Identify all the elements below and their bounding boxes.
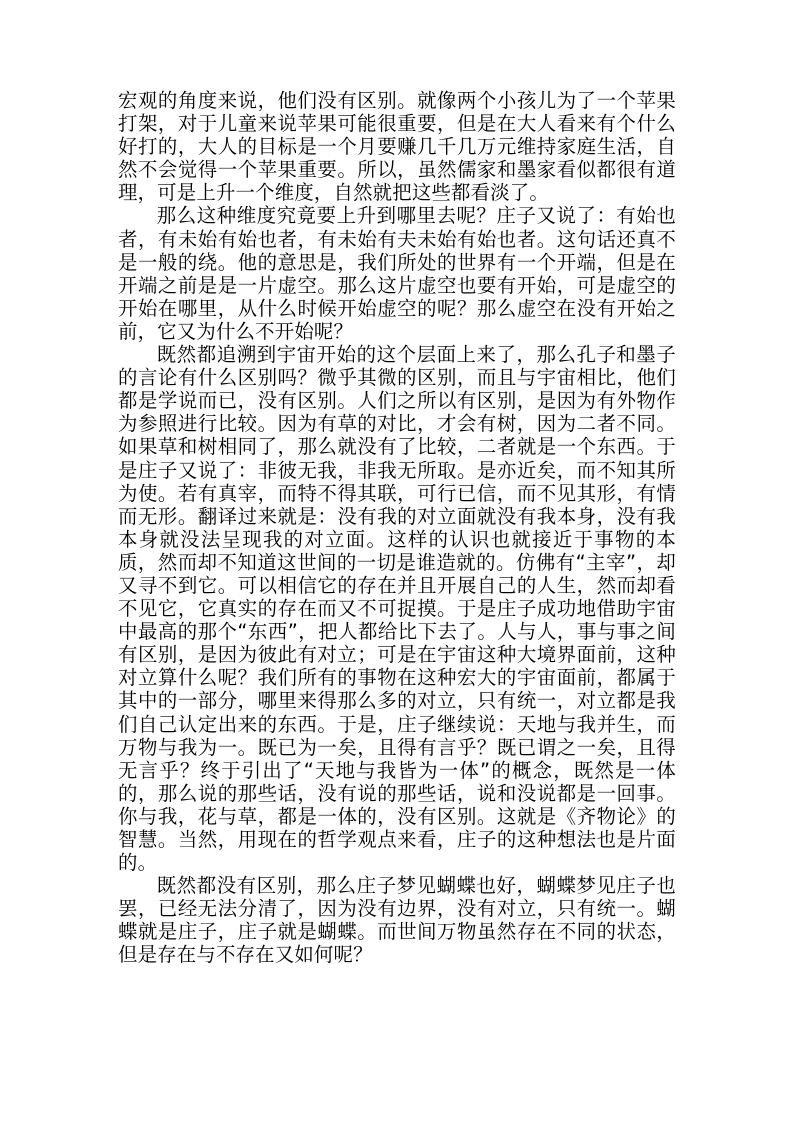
document-body: 宏观的角度来说，他们没有区别。就像两个小孩儿为了一个苹果打架，对于儿童来说苹果可…	[118, 89, 676, 967]
document-page: 宏观的角度来说，他们没有区别。就像两个小孩儿为了一个苹果打架，对于儿童来说苹果可…	[0, 0, 794, 1123]
paragraph-4: 既然都没有区别，那么庄子梦见蝴蝶也好，蝴蝶梦见庄子也罢，已经无法分清了，因为没有…	[118, 874, 676, 966]
paragraph-1: 宏观的角度来说，他们没有区别。就像两个小孩儿为了一个苹果打架，对于儿童来说苹果可…	[118, 89, 676, 204]
paragraph-2: 那么这种维度究竟要上升到哪里去呢？庄子又说了：有始也者，有未始有始也者，有未始有…	[118, 204, 676, 343]
paragraph-3: 既然都追溯到宇宙开始的这个层面上来了，那么孔子和墨子的言论有什么区别吗？微乎其微…	[118, 343, 676, 874]
